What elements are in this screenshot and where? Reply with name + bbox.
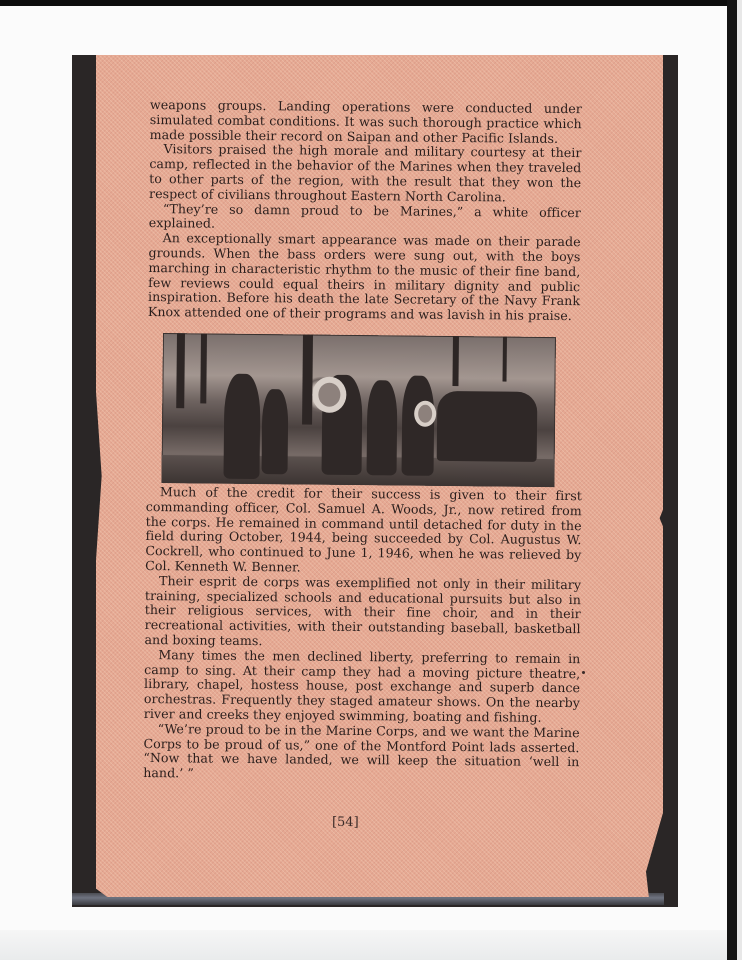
tree-shape [302,334,313,424]
tree-shape [200,333,207,403]
marcher-figure [262,389,289,474]
paragraph: weapons groups. Landing operations were … [150,98,582,147]
tree-shape [176,333,185,408]
paragraph: Their esprit de corps was exemplified no… [144,574,581,652]
scan-right-edge [727,0,737,960]
paragraph: “We’re proud to be in the Marine Corps, … [143,722,580,785]
page-number: [54] [332,815,359,830]
tree-shape [503,337,507,382]
paper-speck [582,671,585,674]
lower-text-block: Much of the credit for their success is … [143,485,582,785]
upper-text-block: weapons groups. Landing operations were … [148,98,582,324]
paragraph: Visitors praised the high morale and mil… [149,142,582,205]
marching-band-photo [161,333,556,487]
scan-top-edge [0,0,742,6]
scan-right-margin [737,0,742,960]
paragraph: Many times the men declined liberty, pre… [144,648,581,726]
paragraph: An exceptionally smart appearance was ma… [148,231,581,324]
marcher-figure [367,380,398,475]
paragraph: Much of the credit for their success is … [145,485,582,578]
tree-shape [452,336,459,386]
marcher-figure [402,376,435,476]
tuba-bell [312,377,346,413]
band-group [437,391,538,462]
scan-bottom-shade [0,930,727,960]
marcher-figure [223,374,260,479]
